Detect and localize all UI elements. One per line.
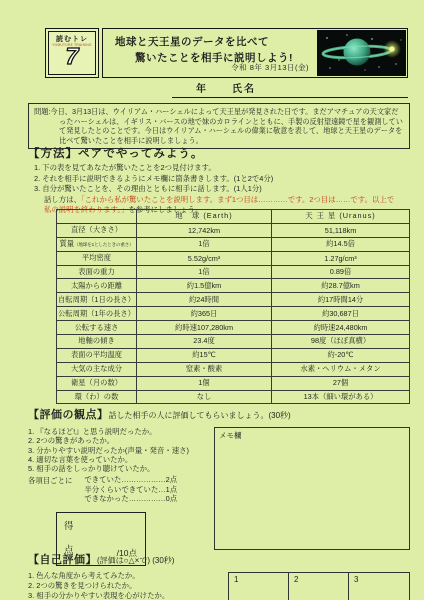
self-eval-item-2: 2. 2つの驚きを見つけられたか。	[28, 581, 228, 591]
uranus-value: 27個	[272, 376, 410, 390]
earth-column-header: 地 球 (Earth)	[137, 210, 272, 224]
method-item-3: 3. 自分が驚いたことを、その理由とともに相手に話します。(1人1分)	[34, 184, 410, 195]
earth-value: 5.52g/cm³	[137, 251, 272, 265]
self-eval-item-3: 3. 相手の分かりやすい表現を心がけたか。	[28, 591, 228, 600]
table-row: 衛星（月の数）1個27個	[57, 376, 410, 390]
score-char-1: 得	[64, 518, 74, 532]
row-label: 平均密度	[57, 251, 137, 265]
table-header-row: 地 球 (Earth) 天 王 星 (Uranus)	[57, 210, 410, 224]
evaluation-criteria: 1. 『なるほど!』と思う説明だったか。 2. 2つの驚きがあったか。 3. 分…	[28, 422, 214, 566]
row-label: 表面の平均温度	[57, 348, 137, 362]
table-row: 公転周期（1年の長さ）約365日約30,687日	[57, 307, 410, 321]
row-label: 直径（大きさ）	[57, 223, 137, 237]
name-field: 年 氏名	[172, 78, 408, 98]
table-row: 環（わ）の数なし13本（細い環がある）	[57, 390, 410, 404]
planet-comparison-table: 地 球 (Earth) 天 王 星 (Uranus) 直径（大きさ）12,742…	[56, 209, 410, 404]
earth-value: 約365日	[137, 307, 272, 321]
row-label-note: （地球を1としたときの重さ）	[74, 242, 133, 247]
method-section: 【方法】ペアでやってみよう。 1. 下の表を見てあなたが驚いたことを2つ見付けま…	[28, 145, 410, 216]
eval-item-1: 1. 『なるほど!』と思う説明だったか。	[28, 427, 214, 436]
row-label: 質量（地球を1としたときの重さ）	[57, 237, 137, 251]
row-label-main: 質量	[59, 239, 74, 248]
uranus-value: 13本（細い環がある）	[272, 390, 410, 404]
memo-label: メモ欄	[219, 431, 242, 440]
self-eval-items: 1. 色んな角度から考えてみたか。 2. 2つの驚きを見つけられたか。 3. 相…	[28, 571, 228, 600]
table-row: 地軸の傾き23.4度98度（ほぼ真横）	[57, 335, 410, 349]
eval-item-4: 4. 適切な言葉を使っていたか。	[28, 455, 214, 464]
self-eval-answer-grid: 1 2 3	[228, 572, 410, 600]
header: 読むトレ YOMUTORE TRAINING 7 地球と天王星のデータを比べて …	[45, 28, 408, 78]
table-row: 太陽からの距離約1.5億km約28.7億km	[57, 279, 410, 293]
scoring-line-3: できなかった……………0点	[84, 494, 177, 503]
uranus-illustration	[317, 30, 406, 76]
earth-value: 約24時間	[137, 293, 272, 307]
earth-value: 1個	[137, 376, 272, 390]
earth-value: 23.4度	[137, 335, 272, 349]
uranus-value: 98度（ほぼ真横）	[272, 335, 410, 349]
earth-value: 1倍	[137, 237, 272, 251]
eval-item-5: 5. 相手の話をしっかり聴けていたか。	[28, 464, 214, 473]
eval-item-3: 3. 分かりやすい説明だったか(声量・発音・速さ)	[28, 446, 214, 455]
uranus-value: 約30,687日	[272, 307, 410, 321]
worksheet-page: 読むトレ YOMUTORE TRAINING 7 地球と天王星のデータを比べて …	[0, 0, 424, 600]
evaluation-section: 【評価の観点】話した相手の人に評価してもらいましょう。(30秒) 1. 『なるほ…	[28, 406, 410, 566]
yomutore-logo: 読むトレ YOMUTORE TRAINING 7	[45, 28, 99, 78]
table-row: 表面の重力1倍0.89倍	[57, 265, 410, 279]
title-box: 地球と天王星のデータを比べて 驚いたことを相手に説明しよう! 令和 8年 3月1…	[102, 28, 408, 78]
problem-text: 問題:今日、3月13日は、ウイリアム・ハーシェルによって天王星が発見された日です…	[34, 107, 404, 145]
earth-value: 窒素・酸素	[137, 362, 272, 376]
problem-body-text: 今日、3月13日は、ウイリアム・ハーシェルによって天王星が発見された日です。まだ…	[50, 107, 403, 145]
header-blank-cell	[57, 210, 137, 224]
self-eval-cell-1: 1	[229, 573, 289, 600]
scoring-line-2: 半分くらいできていた…1点	[84, 485, 177, 494]
scoring-scale: 各項目ごとに できていた………………2点 半分くらいできていた…1点 できなかっ…	[28, 475, 214, 503]
row-label: 環（わ）の数	[57, 390, 137, 404]
self-eval-heading: 【自己評価】	[28, 554, 97, 566]
row-label: 公転する速さ	[57, 321, 137, 335]
table-row: 大気の主な成分窒素・酸素水素・ヘリウム・メタン	[57, 362, 410, 376]
logo-number: 7	[49, 47, 95, 67]
eval-item-2: 2. 2つの驚きがあったか。	[28, 436, 214, 445]
table-row: 表面の平均温度約15℃約-20℃	[57, 348, 410, 362]
table-row: 自転周期（1日の長さ）約24時間約17時間14分	[57, 293, 410, 307]
uranus-value: 1.27g/cm³	[272, 251, 410, 265]
uranus-value: 約28.7億km	[272, 279, 410, 293]
earth-value: 約1.5億km	[137, 279, 272, 293]
scoring-line-1: できていた………………2点	[84, 475, 177, 484]
self-eval-item-1: 1. 色んな角度から考えてみたか。	[28, 571, 228, 581]
self-eval-note: (評価は○△×で) (30秒)	[97, 556, 174, 565]
earth-value: なし	[137, 390, 272, 404]
earth-value: 約時速107,280km	[137, 321, 272, 335]
row-label: 公転周期（1年の長さ）	[57, 307, 137, 321]
scoring-label: 各項目ごとに	[28, 475, 72, 503]
uranus-value: 約17時間14分	[272, 293, 410, 307]
memo-box: メモ欄	[214, 427, 410, 550]
table-row: 平均密度5.52g/cm³1.27g/cm³	[57, 251, 410, 265]
date-label: 令和 8年 3月13日(金)	[231, 62, 309, 73]
method-item-2: 2. それを相手に説明できるようにメモ欄に箇条書きします。(1と2で4分)	[34, 174, 410, 185]
earth-value: 約15℃	[137, 348, 272, 362]
earth-value: 1倍	[137, 265, 272, 279]
uranus-photo	[317, 30, 406, 76]
uranus-column-header: 天 王 星 (Uranus)	[272, 210, 410, 224]
uranus-value: 51,118km	[272, 223, 410, 237]
table-row: 質量（地球を1としたときの重さ）1倍約14.5倍	[57, 237, 410, 251]
uranus-value: 水素・ヘリウム・メタン	[272, 362, 410, 376]
row-label: 衛星（月の数）	[57, 376, 137, 390]
self-eval-cell-2: 2	[289, 573, 349, 600]
table-row: 公転する速さ約時速107,280km約時速24,480km	[57, 321, 410, 335]
row-label: 自転周期（1日の長さ）	[57, 293, 137, 307]
row-label: 太陽からの距離	[57, 279, 137, 293]
uranus-value: 約-20℃	[272, 348, 410, 362]
method-heading: 【方法】ペアでやってみよう。	[28, 145, 410, 161]
method-item-1: 1. 下の表を見てあなたが驚いたことを2つ見付けます。	[34, 163, 410, 174]
self-evaluation-section: 【自己評価】(評価は○△×で) (30秒) 1. 色んな角度から考えてみたか。 …	[28, 551, 410, 600]
yomutore-logo-inner: 読むトレ YOMUTORE TRAINING 7	[48, 31, 96, 75]
evaluation-note: 話した相手の人に評価してもらいましょう。(30秒)	[109, 411, 291, 420]
earth-value: 12,742km	[137, 223, 272, 237]
table-row: 直径（大きさ）12,742km51,118km	[57, 223, 410, 237]
speech-prefix: 話し方は、	[44, 195, 81, 204]
problem-box: 問題:今日、3月13日は、ウイリアム・ハーシェルによって天王星が発見された日です…	[28, 103, 410, 149]
uranus-value: 約時速24,480km	[272, 321, 410, 335]
row-label: 地軸の傾き	[57, 335, 137, 349]
row-label: 表面の重力	[57, 265, 137, 279]
evaluation-heading: 【評価の観点】	[28, 409, 109, 421]
uranus-value: 約14.5倍	[272, 237, 410, 251]
row-label: 大気の主な成分	[57, 362, 137, 376]
problem-label: 問題:	[34, 107, 50, 116]
self-eval-cell-3: 3	[349, 573, 409, 600]
uranus-value: 0.89倍	[272, 265, 410, 279]
